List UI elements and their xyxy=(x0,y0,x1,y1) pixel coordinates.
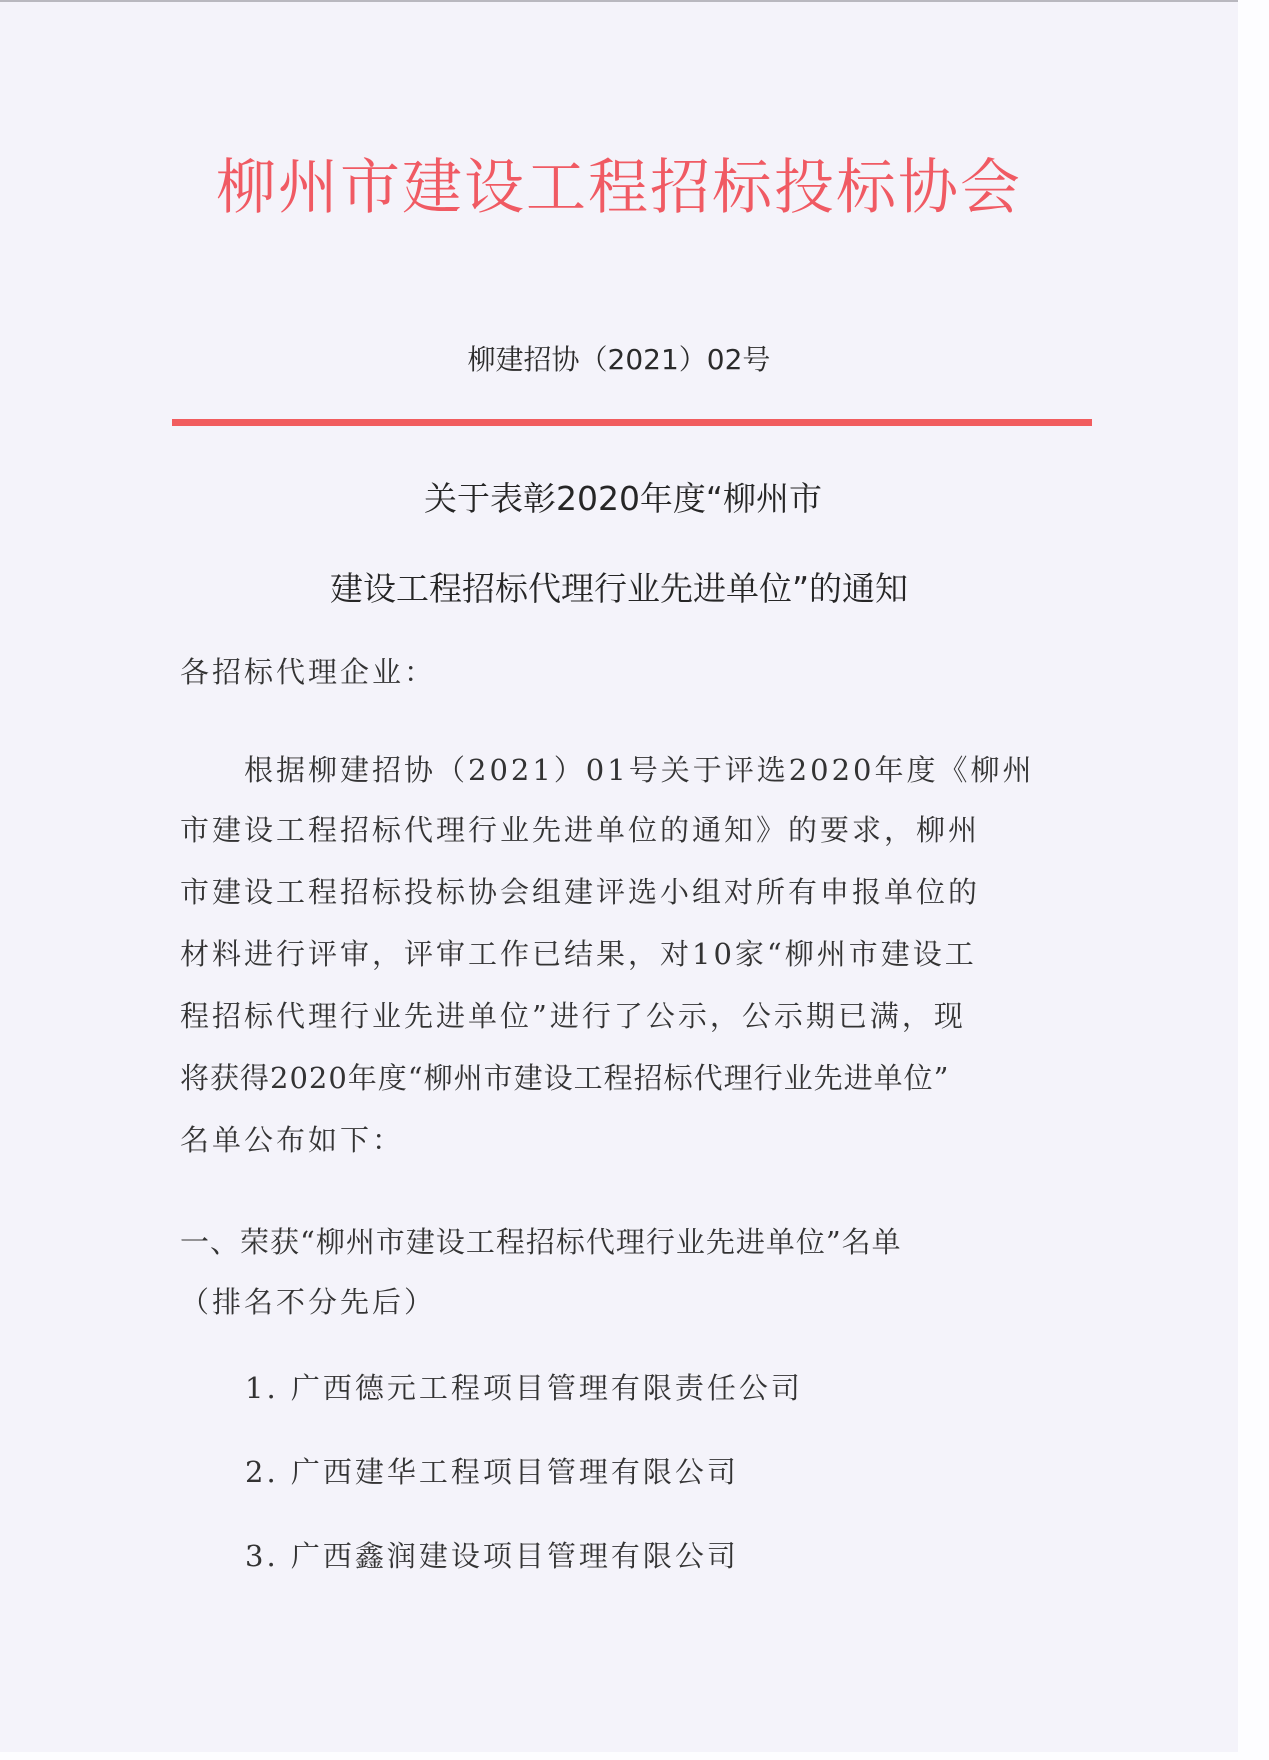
salutation: 各招标代理企业： xyxy=(180,652,1080,692)
red-divider-line xyxy=(172,419,1092,426)
body-line: 市建设工程招标投标协会组建评选小组对所有申报单位的 xyxy=(180,872,1080,912)
body-line: 材料进行评审，评审工作已结果，对10家“柳州市建设工 xyxy=(180,934,1080,974)
awardee-item: 1. 广西德元工程项目管理有限责任公司 xyxy=(245,1368,1145,1408)
awardee-item: 3. 广西鑫润建设项目管理有限公司 xyxy=(245,1536,1145,1576)
body-line: 根据柳建招协（2021）01号关于评选2020年度《柳州 xyxy=(244,750,1144,790)
document-number: 柳建招协（2021）02号 xyxy=(0,340,1238,380)
awardee-item: 2. 广西建华工程项目管理有限公司 xyxy=(245,1452,1145,1492)
section-heading: 一、荣获“柳州市建设工程招标代理行业先进单位”名单 xyxy=(180,1222,1080,1262)
document-title-line-1: 关于表彰2020年度“柳州市 xyxy=(0,476,1242,522)
scan-edge xyxy=(0,0,1238,2)
scanned-page: 柳州市建设工程招标投标协会 柳建招协（2021）02号 关于表彰2020年度“柳… xyxy=(0,0,1238,1752)
section-note: （排名不分先后） xyxy=(180,1282,1080,1322)
organization-header: 柳州市建设工程招标投标协会 xyxy=(0,148,1238,228)
body-line: 市建设工程招标代理行业先进单位的通知》的要求，柳州 xyxy=(180,810,1080,850)
body-line: 程招标代理行业先进单位”进行了公示，公示期已满，现 xyxy=(180,996,1080,1036)
body-line: 将获得2020年度“柳州市建设工程招标代理行业先进单位” xyxy=(180,1058,1080,1098)
body-line: 名单公布如下： xyxy=(180,1120,1080,1160)
document-title-line-2: 建设工程招标代理行业先进单位”的通知 xyxy=(0,566,1238,612)
